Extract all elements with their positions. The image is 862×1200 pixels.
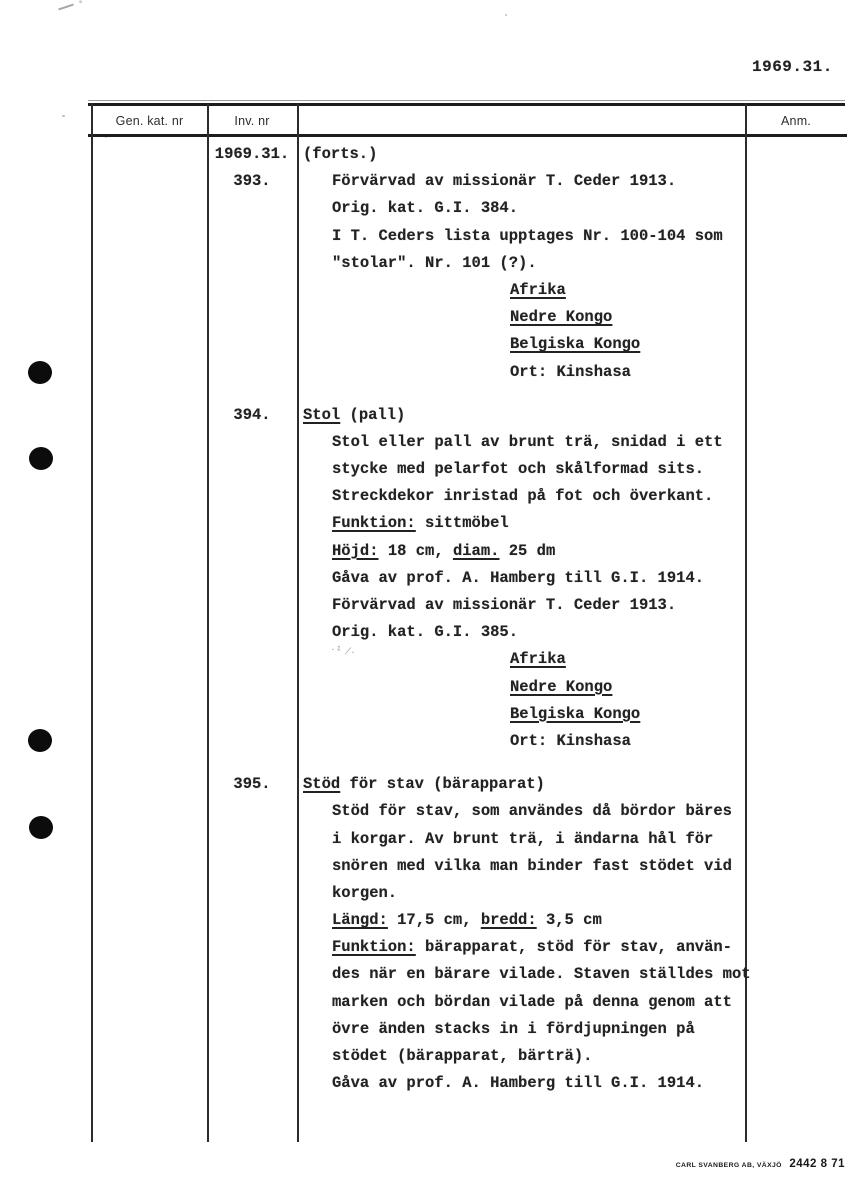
catalog-entry: 395.Stöd för stav (bärapparat)Stöd för s… [207,771,827,1097]
text-line: Ort: Kinshasa [297,359,827,386]
text-run: 18 cm, [379,542,453,560]
text-line: Ort: Kinshasa [297,728,827,755]
text-line: Gåva av prof. A. Hamberg till G.I. 1914. [297,565,827,592]
text-run: stödet (bärapparat, bärträ). [332,1047,592,1065]
text-run: 25 dm [499,542,555,560]
text-line: stödet (bärapparat, bärträ). [297,1043,827,1070]
text-run: Ort: Kinshasa [510,363,631,381]
column-header-anm: Anm. [745,111,847,131]
text-line: des när en bärare vilade. Staven ställde… [297,961,827,988]
text-line: övre änden stacks in i fördjupningen på [297,1016,827,1043]
punch-hole [28,729,52,752]
text-line: Stöd för stav, som användes då bördor bä… [297,798,827,825]
underlined-text: Höjd: [332,542,379,560]
text-line: Belgiska Kongo [297,701,827,728]
column-header-inv-nr: Inv. nr [207,111,297,131]
underlined-text: diam. [453,542,500,560]
text-run: för stav (bärapparat) [340,775,545,793]
text-run: Förvärvad av missionär T. Ceder 1913. [332,596,676,614]
text-line: Afrika [297,646,827,673]
entry-text: (forts.) [297,141,827,168]
underlined-text: Belgiska Kongo [510,705,640,723]
text-run: (forts.) [303,145,377,163]
inv-number: 394. [207,402,297,429]
text-run: (pall) [340,406,405,424]
table-top-rule-shadow [88,100,845,101]
scan-speck [505,14,507,16]
text-line: Streckdekor inristad på fot och överkant… [297,483,827,510]
text-run: korgen. [332,884,397,902]
inv-number: 393. [207,168,297,195]
text-run: i korgar. Av brunt trä, i ändarna hål fö… [332,830,713,848]
table-header-bottom-rule [88,134,847,137]
text-run: Ort: Kinshasa [510,732,631,750]
catalog-entry: 1969.31.(forts.) [207,141,827,168]
underlined-text: Stöd [303,775,340,793]
text-line: Längd: 17,5 cm, bredd: 3,5 cm [297,907,827,934]
underlined-text: Afrika [510,650,566,668]
text-line: "stolar". Nr. 101 (?). [297,250,827,277]
underlined-text: Funktion: [332,514,416,532]
text-line: Gåva av prof. A. Hamberg till G.I. 1914. [297,1070,827,1097]
entry-text: Stol (pall)Stol eller pall av brunt trä,… [297,402,827,755]
underlined-text: Afrika [510,281,566,299]
catalog-table-body: 1969.31.(forts.)393.Förvärvad av mission… [207,141,827,1097]
printer-imprint-number: 2442 8 71 [789,1158,845,1170]
underlined-text: Stol [303,406,340,424]
punch-hole [28,361,52,384]
text-run: Gåva av prof. A. Hamberg till G.I. 1914. [332,1074,704,1092]
printer-imprint-name: CARL SVANBERG AB, VÄXJÖ [676,1162,782,1169]
text-run: Stöd för stav, som användes då bördor bä… [332,802,732,820]
text-line: Funktion: sittmöbel [297,510,827,537]
text-run: marken och bördan vilade på denna genom … [332,993,732,1011]
text-line: i korgar. Av brunt trä, i ändarna hål fö… [297,826,827,853]
text-run: stycke med pelarfot och skålformad sits. [332,460,704,478]
text-line: Nedre Kongo [297,674,827,701]
text-line: snören med vilka man binder fast stödet … [297,853,827,880]
text-run: "stolar". Nr. 101 (?). [332,254,537,272]
text-run: 17,5 cm, [388,911,481,929]
text-run: Gåva av prof. A. Hamberg till G.I. 1914. [332,569,704,587]
text-line: Höjd: 18 cm, diam. 25 dm [297,538,827,565]
pencil-mark [58,4,74,11]
text-line: korgen. [297,880,827,907]
text-run: des när en bärare vilade. Staven ställde… [332,965,751,983]
text-line: Förvärvad av missionär T. Ceder 1913. [297,168,827,195]
entry-text: Stöd för stav (bärapparat)Stöd för stav,… [297,771,827,1097]
text-line: Stöd för stav (bärapparat) [297,771,827,798]
catalog-entry: 394.Stol (pall)Stol eller pall av brunt … [207,402,827,755]
text-run: Orig. kat. G.I. 384. [332,199,518,217]
entry-text: Förvärvad av missionär T. Ceder 1913.Ori… [297,168,827,386]
text-line: Orig. kat. G.I. 385. [297,619,827,646]
text-line: Stol eller pall av brunt trä, snidad i e… [297,429,827,456]
underlined-text: bredd: [481,911,537,929]
column-header-gen-kat-nr: Gen. kat. nr [92,111,207,131]
text-run: bärapparat, stöd för stav, använ- [416,938,732,956]
underlined-text: Funktion: [332,938,416,956]
text-run: övre änden stacks in i fördjupningen på [332,1020,695,1038]
text-run: 3,5 cm [537,911,602,929]
page-number: 1969.31. [752,58,833,76]
text-line: Nedre Kongo [297,304,827,331]
scanned-catalog-page: ·¹ ⁄· 1969.31. Gen. kat. nr Inv. nr Anm.… [0,0,862,1200]
text-line: (forts.) [297,141,827,168]
scan-speck [62,115,65,117]
text-line: Orig. kat. G.I. 384. [297,195,827,222]
text-line: Afrika [297,277,827,304]
text-line: Belgiska Kongo [297,331,827,358]
underlined-text: Nedre Kongo [510,308,612,326]
table-left-rule [91,103,93,1142]
printer-imprint: CARL SVANBERG AB, VÄXJÖ 2442 8 71 [0,1154,845,1172]
underlined-text: Längd: [332,911,388,929]
text-run: snören med vilka man binder fast stödet … [332,857,732,875]
underlined-text: Belgiska Kongo [510,335,640,353]
text-line: I T. Ceders lista upptages Nr. 100-104 s… [297,223,827,250]
text-run: I T. Ceders lista upptages Nr. 100-104 s… [332,227,723,245]
text-run: Stol eller pall av brunt trä, snidad i e… [332,433,723,451]
inv-number: 1969.31. [207,141,297,168]
table-top-rule [88,103,845,106]
text-run: Förvärvad av missionär T. Ceder 1913. [332,172,676,190]
text-run: Orig. kat. G.I. 385. [332,623,518,641]
text-run: sittmöbel [416,514,509,532]
text-line: Förvärvad av missionär T. Ceder 1913. [297,592,827,619]
text-line: Funktion: bärapparat, stöd för stav, anv… [297,934,827,961]
inv-number: 395. [207,771,297,798]
text-line: stycke med pelarfot och skålformad sits. [297,456,827,483]
text-line: marken och bördan vilade på denna genom … [297,989,827,1016]
catalog-entry: 393.Förvärvad av missionär T. Ceder 1913… [207,168,827,386]
punch-hole [29,447,53,470]
text-line: Stol (pall) [297,402,827,429]
text-run: Streckdekor inristad på fot och överkant… [332,487,713,505]
punch-hole [29,816,53,839]
underlined-text: Nedre Kongo [510,678,612,696]
